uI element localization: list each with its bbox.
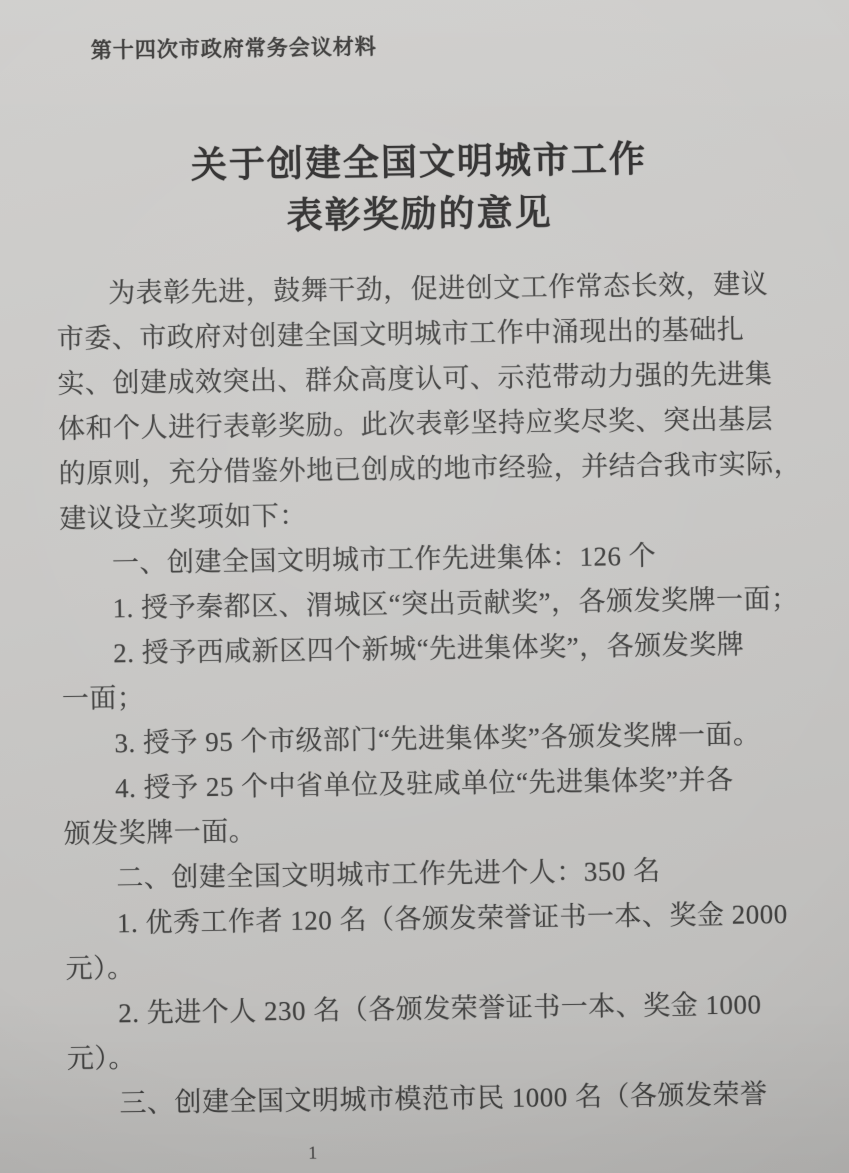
page-content: 第十四次市政府常务会议材料 关于创建全国文明城市工作 表彰奖励的意见 为表彰先进… [0,0,849,1173]
body-line: 三、创建全国文明城市模范市民 1000 名（各颁发荣誉 [67,1071,830,1127]
scanned-page: 第十四次市政府常务会议材料 关于创建全国文明城市工作 表彰奖励的意见 为表彰先进… [0,0,849,1173]
document-title-line-2: 表彰奖励的意见 [0,182,844,246]
body-lines: 为表彰先进，鼓舞干劲，促进创文工作常态长效，建议市委、市政府对创建全国文明城市工… [56,261,830,1127]
meeting-material-header: 第十四次市政府常务会议材料 [91,31,377,65]
document-title: 关于创建全国文明城市工作 表彰奖励的意见 [0,130,844,246]
page-number: 1 [308,1143,317,1164]
